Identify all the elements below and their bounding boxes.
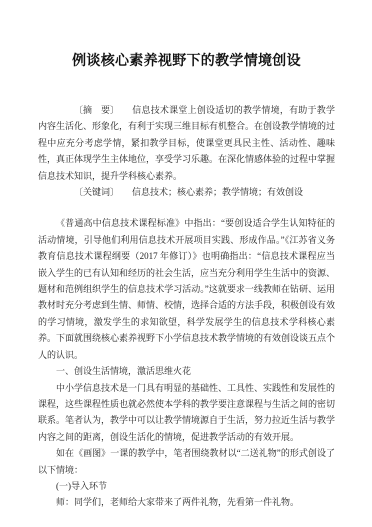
keywords-paragraph: 〔关键词〕信息技术；核心素养；教学情境；有效创设 (38, 184, 335, 200)
keywords-text: 信息技术；核心素养；教学情境；有效创设 (132, 187, 303, 197)
teacher-dialog-line: 师：同学们，老师给大家带来了两件礼物，先看第一件礼物。 (38, 494, 335, 510)
sub-heading-import-step: (一)导入环节 (38, 478, 335, 494)
intro-paragraph: 《普通高中信息技术课程标准》中指出：“要创设适合学生认知特征的活动情境，引导他们… (38, 215, 335, 363)
document-page: 例谈核心素养视野下的教学情境创设 〔摘 要〕信息技术课堂上创设适切的教学情境，有… (0, 0, 372, 527)
abstract-label: 〔摘 要〕 (56, 102, 119, 118)
keywords-label: 〔关键词〕 (56, 184, 119, 200)
section1-paragraph-1: 中小学信息技术是一门具有明显的基础性、工具性、实践性和发展性的课程，这些课程性质… (38, 380, 335, 446)
section1-paragraph-2: 如在《画图》一课的教学中，笔者围绕教材以“二送礼物”的形式创设了以下情境： (38, 445, 335, 478)
abstract-paragraph: 〔摘 要〕信息技术课堂上创设适切的教学情境，有助于教学内容生活化、形象化，有利于… (38, 102, 335, 184)
section-heading-1: 一、创设生活情境，激活思维火花 (38, 363, 335, 379)
page-title: 例谈核心素养视野下的教学情境创设 (38, 50, 335, 70)
